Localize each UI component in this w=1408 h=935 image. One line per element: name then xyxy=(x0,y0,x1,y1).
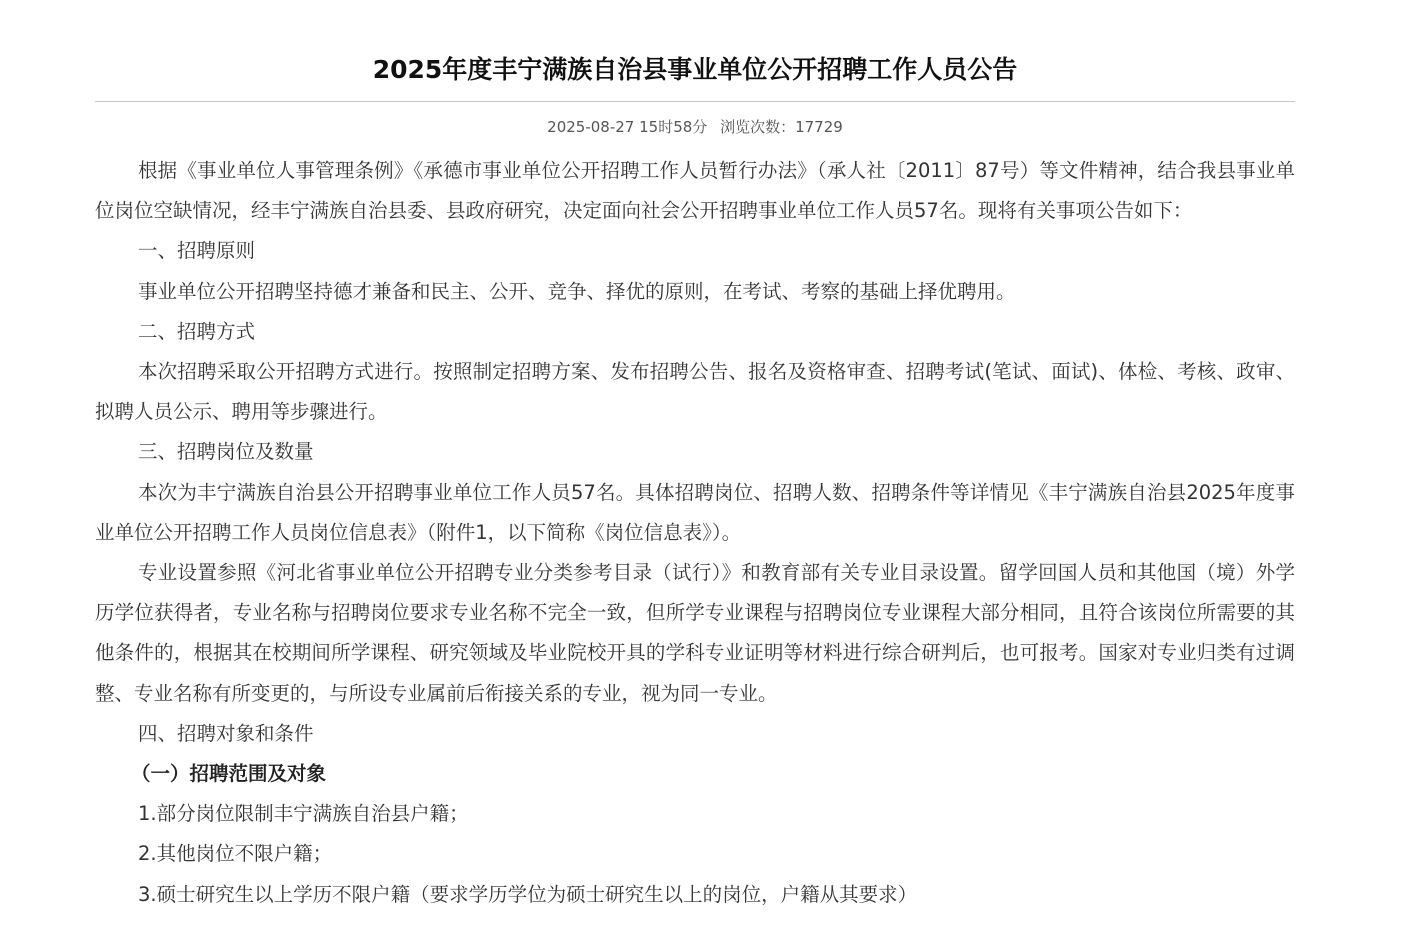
article-title: 2025年度丰宁满族自治县事业单位公开招聘工作人员公告 xyxy=(95,0,1295,100)
positions-paragraph: 本次为丰宁满族自治县公开招聘事业单位工作人员57名。具体招聘岗位、招聘人数、招聘… xyxy=(95,473,1295,553)
article-body: 根据《事业单位人事管理条例》《承德市事业单位公开招聘工作人员暂行办法》（承人社〔… xyxy=(95,151,1295,915)
view-count: 浏览次数：17729 xyxy=(720,118,843,136)
section-heading-method: 二、招聘方式 xyxy=(95,312,1295,352)
article: 2025年度丰宁满族自治县事业单位公开招聘工作人员公告 2025-08-27 1… xyxy=(95,0,1295,100)
title-divider xyxy=(95,101,1295,102)
scope-item-3: 3.硕士研究生以上学历不限户籍（要求学历学位为硕士研究生以上的岗位，户籍从其要求… xyxy=(95,875,1295,915)
section-heading-positions: 三、招聘岗位及数量 xyxy=(95,432,1295,472)
major-setting-paragraph: 专业设置参照《河北省事业单位公开招聘专业分类参考目录（试行）》和教育部有关专业目… xyxy=(95,553,1295,714)
subheading-scope: （一）招聘范围及对象 xyxy=(95,754,1295,794)
intro-paragraph: 根据《事业单位人事管理条例》《承德市事业单位公开招聘工作人员暂行办法》（承人社〔… xyxy=(95,151,1295,231)
section-heading-eligibility: 四、招聘对象和条件 xyxy=(95,714,1295,754)
section-heading-principles: 一、招聘原则 xyxy=(95,231,1295,271)
publish-datetime: 2025-08-27 15时58分 xyxy=(547,118,707,136)
principles-paragraph: 事业单位公开招聘坚持德才兼备和民主、公开、竞争、择优的原则，在考试、考察的基础上… xyxy=(95,272,1295,312)
article-meta: 2025-08-27 15时58分 浏览次数：17729 xyxy=(95,116,1295,138)
method-paragraph: 本次招聘采取公开招聘方式进行。按照制定招聘方案、发布招聘公告、报名及资格审查、招… xyxy=(95,352,1295,432)
scope-item-2: 2.其他岗位不限户籍； xyxy=(95,834,1295,874)
view-count-value: 17729 xyxy=(795,118,843,136)
scope-item-1: 1.部分岗位限制丰宁满族自治县户籍； xyxy=(95,794,1295,834)
view-count-label: 浏览次数： xyxy=(720,118,795,136)
